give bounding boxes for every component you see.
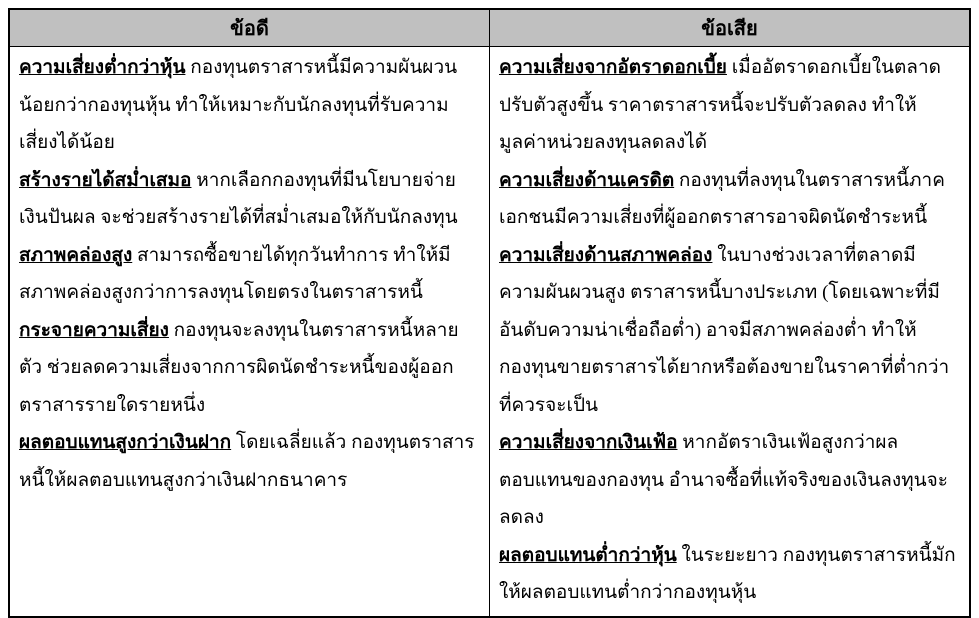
pros-item-heading: สภาพคล่องสูง bbox=[19, 245, 132, 266]
pros-item-heading: กระจายความเสี่ยง bbox=[19, 320, 169, 341]
cons-item-heading: ความเสี่ยงจากเงินเฟ้อ bbox=[499, 432, 678, 453]
table-header-row: ข้อดี ข้อเสีย bbox=[9, 9, 970, 47]
pros-item: ผลตอบแทนสูงกว่าเงินฝาก โดยเฉลี่ยแล้ว กอง… bbox=[19, 424, 480, 499]
pros-item: สภาพคล่องสูง สามารถซื้อขายได้ทุกวันทำการ… bbox=[19, 237, 480, 312]
pros-cell: ความเสี่ยงต่ำกว่าหุ้น กองทุนตราสารหนี้มี… bbox=[9, 47, 490, 617]
cons-item-heading: ผลตอบแทนต่ำกว่าหุ้น bbox=[499, 545, 677, 566]
cons-item-heading: ความเสี่ยงด้านเครดิต bbox=[499, 170, 674, 191]
cons-item: ความเสี่ยงจากเงินเฟ้อ หากอัตราเงินเฟ้อสู… bbox=[499, 424, 960, 537]
cons-item: ผลตอบแทนต่ำกว่าหุ้น ในระยะยาว กองทุนตราส… bbox=[499, 537, 960, 612]
pros-item: สร้างรายได้สม่ำเสมอ หากเลือกกองทุนที่มีน… bbox=[19, 162, 480, 237]
cons-column-header: ข้อเสีย bbox=[490, 9, 971, 47]
document-page: ข้อดี ข้อเสีย ความเสี่ยงต่ำกว่าหุ้น กองท… bbox=[0, 0, 979, 552]
pros-column-header: ข้อดี bbox=[9, 9, 490, 47]
cons-cell: ความเสี่ยงจากอัตราดอกเบี้ย เมื่ออัตราดอก… bbox=[490, 47, 971, 617]
cons-item: ความเสี่ยงด้านสภาพคล่อง ในบางช่วงเวลาที่… bbox=[499, 237, 960, 425]
cons-item-heading: ความเสี่ยงจากอัตราดอกเบี้ย bbox=[499, 57, 727, 78]
cons-item-text: ในบางช่วงเวลาที่ตลาดมีความผันผวนสูง ตราส… bbox=[499, 245, 949, 416]
cons-item-heading: ความเสี่ยงด้านสภาพคล่อง bbox=[499, 245, 712, 266]
pros-item: ความเสี่ยงต่ำกว่าหุ้น กองทุนตราสารหนี้มี… bbox=[19, 49, 480, 162]
pros-cons-table: ข้อดี ข้อเสีย ความเสี่ยงต่ำกว่าหุ้น กองท… bbox=[8, 8, 971, 618]
pros-item-heading: ความเสี่ยงต่ำกว่าหุ้น bbox=[19, 57, 185, 78]
pros-item: กระจายความเสี่ยง กองทุนจะลงทุนในตราสารหน… bbox=[19, 312, 480, 425]
table-body-row: ความเสี่ยงต่ำกว่าหุ้น กองทุนตราสารหนี้มี… bbox=[9, 47, 970, 617]
cons-item: ความเสี่ยงด้านเครดิต กองทุนที่ลงทุนในตรา… bbox=[499, 162, 960, 237]
pros-item-heading: ผลตอบแทนสูงกว่าเงินฝาก bbox=[19, 432, 231, 453]
pros-item-heading: สร้างรายได้สม่ำเสมอ bbox=[19, 170, 191, 191]
cons-item: ความเสี่ยงจากอัตราดอกเบี้ย เมื่ออัตราดอก… bbox=[499, 49, 960, 162]
